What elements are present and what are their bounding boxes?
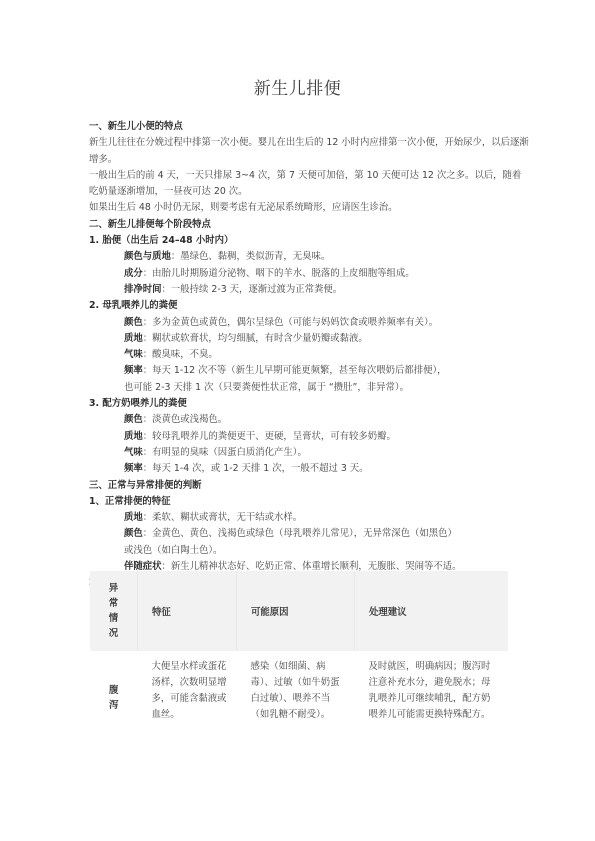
item-text-continued: 或浅色（如白陶土色）。 bbox=[124, 543, 529, 559]
cell-condition: 腹泻 bbox=[90, 651, 138, 745]
item-label: 颜色与质地 bbox=[124, 251, 171, 262]
item-label: 排净时间 bbox=[124, 284, 162, 295]
paragraph: 如果出生后 48 小时仍无尿，则要考虑有无泌尿系统畸形，应请医生诊治。 bbox=[89, 200, 529, 216]
item-label: 气味 bbox=[124, 349, 143, 360]
item-text: ：每天 1-12 次不等（新生儿早期可能更频繁，甚至每次喂奶后都排便）， bbox=[143, 365, 447, 376]
list-item: 颜色：多为金黄色或黄色，偶尔呈绿色（可能与妈妈饮食或喂养频率有关）。 bbox=[89, 315, 529, 331]
list-item: 频率：每天 1-4 次，或 1-2 天排 1 次，一般不超过 3 天。 bbox=[89, 461, 529, 477]
item-label: 质地 bbox=[124, 431, 143, 442]
item-text: ：较母乳喂养儿的粪便更干、更硬，呈膏状，可有较多奶瓣。 bbox=[143, 431, 396, 442]
list-item: 颜色：金黄色、黄色、浅褐色或绿色（母乳喂养儿常见），无异常深色（如黑色）或浅色（… bbox=[89, 526, 529, 559]
item-text-continued: 也可能 2-3 天排 1 次（只要粪便性状正常，属于 “攒肚”，非异常）。 bbox=[124, 380, 529, 396]
item-text: ：墨绿色、黏稠，类似沥青，无臭味。 bbox=[171, 251, 330, 262]
item-label: 频率 bbox=[124, 365, 143, 376]
abnormal-stool-table: 异常情况 特征 可能原因 处理建议 腹泻 大便呈水样或蛋花汤样，次数明显增多，可… bbox=[90, 571, 508, 745]
item-label: 气味 bbox=[124, 447, 143, 458]
cell-advice: 及时就医，明确病因；腹泻时注意补充水分，避免脱水；母乳喂养儿可继续哺乳，配方奶喂… bbox=[355, 651, 509, 745]
list-item: 气味：有明显的臭味（因蛋白质消化产生）。 bbox=[89, 445, 529, 461]
list-item: 质地：较母乳喂养儿的粪便更干、更硬，呈膏状，可有较多奶瓣。 bbox=[89, 429, 529, 445]
item-label: 质地 bbox=[124, 333, 143, 344]
item-text: ：每天 1-4 次，或 1-2 天排 1 次，一般不超过 3 天。 bbox=[143, 463, 369, 474]
header-condition: 异常情况 bbox=[90, 571, 138, 651]
subheading-meconium: 1. 胎便（出生后 24–48 小时内） bbox=[89, 233, 529, 249]
item-text: ：糊状或软膏状，均匀细腻，有时含少量奶瓣或黏液。 bbox=[143, 333, 368, 344]
item-label: 频率 bbox=[124, 463, 143, 474]
item-text: ：淡黄色或浅褐色。 bbox=[143, 414, 227, 425]
paragraph: 新生儿往往在分娩过程中排第一次小便。婴儿在出生后的 12 小时内应排第一次小便，… bbox=[89, 135, 529, 168]
header-cause: 可能原因 bbox=[237, 571, 355, 651]
section-heading-urination: 一、新生儿小便的特点 bbox=[89, 119, 529, 135]
list-item: 质地：糊状或软膏状，均匀细腻，有时含少量奶瓣或黏液。 bbox=[89, 331, 529, 347]
table-row: 腹泻 大便呈水样或蛋花汤样，次数明显增多，可能含黏液或血丝。 感染（如细菌、病毒… bbox=[90, 651, 508, 745]
subheading-normal: 1、正常排便的特征 bbox=[89, 494, 529, 510]
item-text: ：由胎儿时期肠道分泌物、咽下的羊水、脱落的上皮细胞等组成。 bbox=[143, 268, 415, 279]
item-label: 颜色 bbox=[124, 414, 143, 425]
subheading-formula-fed: 3. 配方奶喂养儿的粪便 bbox=[89, 396, 529, 412]
document-page: 新生儿排便 一、新生儿小便的特点 新生儿往往在分娩过程中排第一次小便。婴儿在出生… bbox=[0, 0, 595, 841]
list-item: 排净时间：一般持续 2-3 天，逐渐过渡为正常粪便。 bbox=[89, 282, 529, 298]
item-text: ：柔软、糊状或膏状，无干结或水样。 bbox=[143, 512, 302, 523]
section-heading-judgement: 三、正常与异常排便的判断 bbox=[89, 478, 529, 494]
header-feature: 特征 bbox=[138, 571, 237, 651]
list-item: 颜色与质地：墨绿色、黏稠，类似沥青，无臭味。 bbox=[89, 249, 529, 265]
list-item: 成分：由胎儿时期肠道分泌物、咽下的羊水、脱落的上皮细胞等组成。 bbox=[89, 266, 529, 282]
item-text: ：酸臭味，不臭。 bbox=[143, 349, 218, 360]
table-header-row: 异常情况 特征 可能原因 处理建议 bbox=[90, 571, 508, 651]
item-text: ：金黄色、黄色、浅褐色或绿色（母乳喂养儿常见），无异常深色（如黑色） bbox=[143, 528, 457, 539]
item-text: ：多为金黄色或黄色，偶尔呈绿色（可能与妈妈饮食或喂养频率有关）。 bbox=[143, 317, 438, 328]
paragraph: 一般出生后的前 4 天，一天只排尿 3~4 次，第 7 天便可加倍，第 10 天… bbox=[89, 168, 529, 201]
list-item: 质地：柔软、糊状或膏状，无干结或水样。 bbox=[89, 510, 529, 526]
item-label: 质地 bbox=[124, 512, 143, 523]
page-title: 新生儿排便 bbox=[0, 74, 595, 99]
subheading-breastfed: 2. 母乳喂养儿的粪便 bbox=[89, 298, 529, 314]
document-body: 一、新生儿小便的特点 新生儿往往在分娩过程中排第一次小便。婴儿在出生后的 12 … bbox=[89, 119, 529, 592]
list-item: 气味：酸臭味，不臭。 bbox=[89, 347, 529, 363]
item-label: 颜色 bbox=[124, 317, 143, 328]
list-item: 频率：每天 1-12 次不等（新生儿早期可能更频繁，甚至每次喂奶后都排便），也可… bbox=[89, 363, 529, 396]
item-label: 颜色 bbox=[124, 528, 143, 539]
item-text: ：一般持续 2-3 天，逐渐过渡为正常粪便。 bbox=[162, 284, 343, 295]
section-heading-stages: 二、新生儿排便每个阶段特点 bbox=[89, 217, 529, 233]
item-label: 成分 bbox=[124, 268, 143, 279]
header-advice: 处理建议 bbox=[355, 571, 509, 651]
cell-feature: 大便呈水样或蛋花汤样，次数明显增多，可能含黏液或血丝。 bbox=[138, 651, 237, 745]
list-item: 颜色：淡黄色或浅褐色。 bbox=[89, 412, 529, 428]
cell-cause: 感染（如细菌、病毒）、过敏（如牛奶蛋白过敏）、喂养不当（如乳糖不耐受）。 bbox=[237, 651, 355, 745]
item-text: ：有明显的臭味（因蛋白质消化产生）。 bbox=[143, 447, 307, 458]
